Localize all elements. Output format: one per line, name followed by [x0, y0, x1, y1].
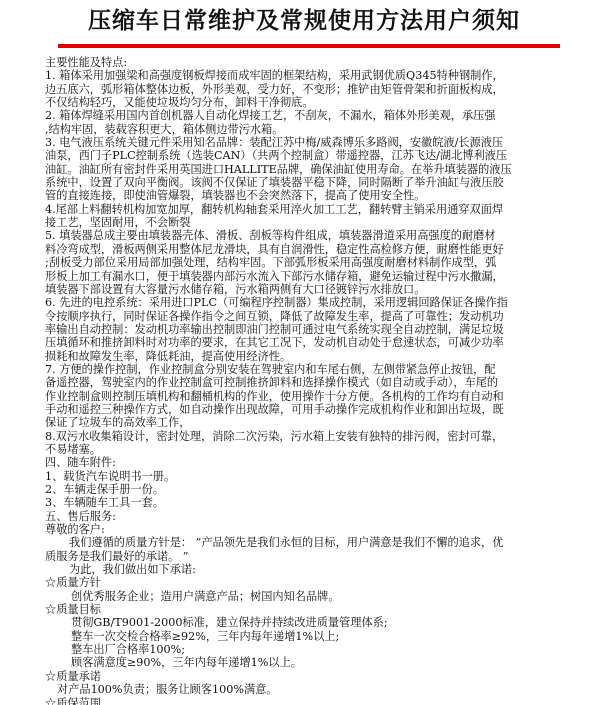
- text-line: 8.双污水收集箱设计，密封处理，消除二次污染，污水箱上安装有独特的排污阀，密封可…: [45, 430, 605, 443]
- document-body: 主要性能及特点:1. 箱体采用加强梁和高强度钢板焊接而成牢固的框架结构，采用武钢…: [45, 56, 605, 705]
- text-line: ☆质量方针: [45, 576, 605, 589]
- text-line: 边五底六，弧形箱体整体边板，外形美观，受力好，不变形；推铲由矩管骨架和折面板构成…: [45, 83, 605, 96]
- text-line: 质服务是我们最好的承诺。 ”: [45, 550, 605, 563]
- text-line: 油泵，西门子PLC控制系统（选装CAN）（共两个控制盒）带遥控器，江苏飞达/湖北…: [45, 149, 605, 162]
- text-line: 7. 方便的操作控制，作业控制盒分别安装在驾驶室内和车尾右侧，左侧带紧急停止按钮…: [45, 363, 605, 376]
- text-line: ☆质量承诺: [45, 670, 605, 683]
- text-line: 备遥控器，驾驶室内的作业控制盒可控制推挤卸料和选择操作模式（如自动或手动），车尾…: [45, 376, 605, 389]
- text-line: 油缸。油缸所有密封件采用英国进口HALLITE品牌，确保油缸使用寿命。在举升填装…: [45, 163, 605, 176]
- title-underline-divider: [58, 44, 560, 48]
- text-line: 不易堵塞。: [45, 443, 605, 456]
- text-line: 尊敬的客户:: [45, 523, 605, 536]
- text-line: 整车出厂合格率100%;: [45, 643, 605, 656]
- text-line: 贯彻GB/T9001-2000标准，建立保持并持续改进质量管理体系;: [45, 616, 605, 629]
- text-line: ☆质量目标: [45, 603, 605, 616]
- text-line: ;刮板受力部位采用局部加强处理，结构牢固。下部弧形板采用高强度耐磨材料制作成型，…: [45, 256, 605, 269]
- text-line: 损耗和故障发生率，降低耗油，提高使用经济性。: [45, 350, 605, 363]
- text-line: 不仅结构轻巧，又能使垃圾均匀分布，卸料干净彻底。: [45, 96, 605, 109]
- text-line: 填装器下部设置有大容量污水储存箱，污水箱两侧有大口径镀锌污水排放口。: [45, 283, 605, 296]
- text-line: ,结构牢固，装载容积更大，箱体侧边带污水箱。: [45, 123, 605, 136]
- text-line: 顾客满意度≥90%，三年内每年递增1%以上。: [45, 656, 605, 669]
- text-line: 对产品100%负责；服务让顾客100%满意。: [45, 683, 605, 696]
- text-line: 4.尾部上料翻转机构加宽加厚，翻转机构轴套采用淬火加工工艺，翻转臂主销采用通穿双…: [45, 203, 605, 216]
- text-line: 五、售后服务:: [45, 510, 605, 523]
- text-line: 形板上加工有漏水口，便于填装器内部污水流入下部污水储存箱，避免运输过程中污水撒漏…: [45, 270, 605, 283]
- text-line: 四、随车附件:: [45, 456, 605, 469]
- text-line: 2. 箱体焊缝采用国内首创机器人自动化焊接工艺，不刮灰，不漏水，箱体外形美观，承…: [45, 109, 605, 122]
- text-line: ☆质保范围: [45, 697, 605, 705]
- text-line: 接工艺，坚固耐用，不会断裂: [45, 216, 605, 229]
- text-line: 2、车辆走保手册一份。: [45, 483, 605, 496]
- text-line: 创优秀服务企业；造用户满意产品；树国内知名品牌。: [45, 590, 605, 603]
- text-line: 主要性能及特点:: [45, 56, 605, 69]
- text-line: 压填循环和推挤卸料时对功率的要求，在其它工况下，发动机自动处于怠速状态，可减少功…: [45, 336, 605, 349]
- text-line: 整车一次交检合格率≥92%，三年内每年递增1%以上;: [45, 630, 605, 643]
- text-line: 系统中，设置了双向平衡阀。该阀不仅保证了填装器平稳下降，同时隔断了举升油缸与液压…: [45, 176, 605, 189]
- text-line: 管的直接连接，即使油管爆裂，填装器也不会突然落下，提高了使用安全性。: [45, 189, 605, 202]
- text-line: 1、载货汽车说明书一册。: [45, 470, 605, 483]
- text-line: 率输出自动控制：发动机功率输出控制即油门控制可通过电气系统实现全自动控制，满足垃…: [45, 323, 605, 336]
- text-line: 6. 先进的电控系统：采用进口PLC（可编程序控制器）集成控制，采用逻辑回路保证…: [45, 296, 605, 309]
- text-line: 我们遵循的质量方针是： ”产品领先是我们永恒的目标，用户满意是我们不懈的追求，优: [45, 536, 605, 549]
- text-line: 手动和遥控三种操作方式，如自动操作出现故障，可用手动操作完成机构作业和卸出垃圾，…: [45, 403, 605, 416]
- text-line: 保证了垃圾车的高效率工作，: [45, 416, 605, 429]
- text-line: 3. 电气液压系统关键元件采用知名品牌：装配江苏中梅/威森博乐多路阀，安徽皖液/…: [45, 136, 605, 149]
- text-line: 为此，我们做出如下承诺:: [45, 563, 605, 576]
- document-title: 压缩车日常维护及常规使用方法用户须知: [0, 6, 608, 36]
- text-line: 3、车辆随车工具一套。: [45, 496, 605, 509]
- text-line: 1. 箱体采用加强梁和高强度钢板焊接而成牢固的框架结构，采用武钢优质Q345特种…: [45, 69, 605, 82]
- text-line: 料冷弯成型，滑板两侧采用整体尼龙滑块，具有自润滑性，稳定性高检修方便，耐磨性能更…: [45, 243, 605, 256]
- text-line: 作业控制盒则控制压填机构和翻桶机构的作业，使用操作十分方便。各机构的工作均有自动…: [45, 390, 605, 403]
- text-line: 令按顺序执行，同时保证各操作指令之间互锁，降低了故障发生率，提高了可靠性；发动机…: [45, 310, 605, 323]
- text-line: 5. 填装器总成主要由填装器壳体、滑板、刮板等构件组成，填装器滑道采用高强度的耐…: [45, 229, 605, 242]
